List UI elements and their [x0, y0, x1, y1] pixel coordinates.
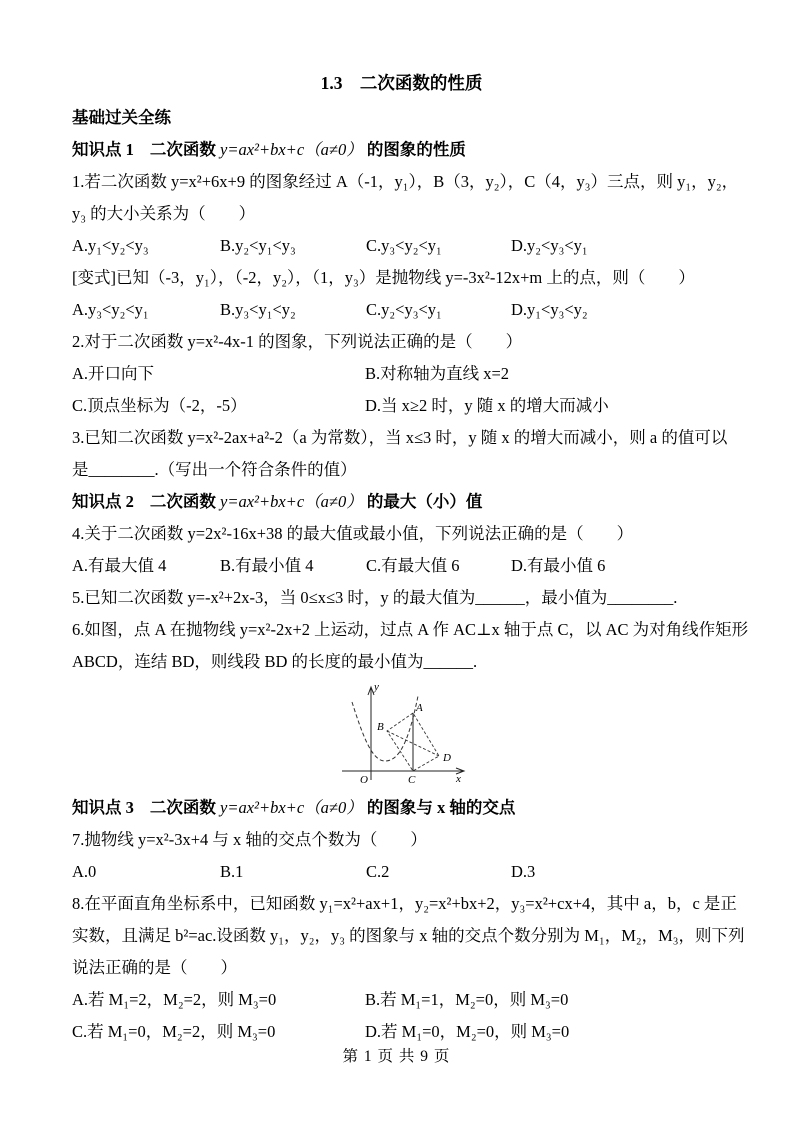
- problem-2-options-row-1: A.开口向下 B.对称轴为直线 x=2: [72, 358, 731, 390]
- problem-7-option-c: C.2: [366, 856, 511, 888]
- problem-8-options-row-1: A.若 M₁=2，M₂=2，则 M₃=0 B.若 M₁=1，M₂=0，则 M₃=…: [72, 984, 731, 1016]
- kp1-name-pre: 二次函数: [150, 140, 220, 159]
- parabola-curve: [352, 696, 418, 761]
- problem-7-line: 7.抛物线 y=x²-3x+4 与 x 轴的交点个数为（ ）: [72, 824, 731, 856]
- knowledge-point-1-heading: 知识点 1二次函数 y=ax²+bx+c（a≠0） 的图象的性质: [72, 134, 731, 166]
- figure-canvas: O x y A B C D: [328, 678, 478, 790]
- knowledge-point-2-heading: 知识点 2二次函数 y=ax²+bx+c（a≠0） 的最大（小）值: [72, 486, 731, 518]
- kp3-formula: y=ax²+bx+c（a≠0）: [220, 798, 363, 817]
- problem-1-line-1: 1.若二次函数 y=x²+6x+9 的图象经过 A（-1，y₁），B（3，y₂）…: [72, 166, 731, 198]
- kp2-name-pre: 二次函数: [150, 492, 220, 511]
- variant-option-b: B.y₃<y₁<y₂: [220, 294, 366, 326]
- x-axis-label: x: [455, 773, 461, 785]
- problem-1-option-a: A.y₁<y₂<y₃: [72, 230, 220, 262]
- problem-1-options: A.y₁<y₂<y₃ B.y₂<y₁<y₃ C.y₃<y₂<y₁ D.y₂<y₃…: [72, 230, 731, 262]
- problem-4-option-b: B.有最小值 4: [220, 550, 366, 582]
- kp2-formula: y=ax²+bx+c（a≠0）: [220, 492, 363, 511]
- point-c-label: C: [408, 774, 416, 786]
- point-b-label: B: [377, 721, 384, 733]
- variant-option-a: A.y₃<y₂<y₁: [72, 294, 220, 326]
- problem-1-option-b: B.y₂<y₁<y₃: [220, 230, 366, 262]
- point-d-label: D: [442, 752, 451, 764]
- problem-7-option-b: B.1: [220, 856, 366, 888]
- problem-1-option-d: D.y₂<y₃<y₁: [511, 230, 731, 262]
- kp1-formula: y=ax²+bx+c（a≠0）: [220, 140, 363, 159]
- problem-2-option-a: A.开口向下: [72, 358, 365, 390]
- problem-7-option-a: A.0: [72, 856, 220, 888]
- problem-2-line: 2.对于二次函数 y=x²-4x-1 的图象，下列说法正确的是（ ）: [72, 326, 731, 358]
- problem-4-options: A.有最大值 4 B.有最小值 4 C.有最大值 6 D.有最小值 6: [72, 550, 731, 582]
- problem-8-line-2: 实数，且满足 b²=ac.设函数 y₁，y₂，y₃ 的图象与 x 轴的交点个数分…: [72, 920, 731, 952]
- problem-1-line-2: y₃ 的大小关系为（ ）: [72, 198, 731, 230]
- problem-1-variant-line: [变式]已知（-3，y₁），（-2，y₂），（1，y₃）是抛物线 y=-3x²-…: [72, 262, 731, 294]
- kp2-label: 知识点 2: [72, 492, 134, 511]
- problem-3-line-1: 3.已知二次函数 y=x²-2ax+a²-2（a 为常数），当 x≤3 时，y …: [72, 422, 731, 454]
- problem-7-options: A.0 B.1 C.2 D.3: [72, 856, 731, 888]
- variant-option-c: C.y₂<y₃<y₁: [366, 294, 511, 326]
- kp1-label: 知识点 1: [72, 140, 134, 159]
- problem-2-option-c: C.顶点坐标为（-2，-5）: [72, 390, 365, 422]
- problem-2-option-b: B.对称轴为直线 x=2: [365, 358, 731, 390]
- kp3-name-pre: 二次函数: [150, 798, 220, 817]
- page-title: 1.3 二次函数的性质: [72, 70, 731, 96]
- problem-4-line: 4.关于二次函数 y=2x²-16x+38 的最大值或最小值，下列说法正确的是（…: [72, 518, 731, 550]
- problem-3-line-2: 是________.（写出一个符合条件的值）: [72, 454, 731, 486]
- point-a-label: A: [415, 702, 423, 714]
- problem-6-line-1: 6.如图，点 A 在抛物线 y=x²-2x+2 上运动，过点 A 作 AC⊥x …: [72, 614, 731, 646]
- kp2-name-post: 的最大（小）值: [363, 492, 483, 511]
- section-header: 基础过关全练: [72, 102, 731, 134]
- problem-1-option-c: C.y₃<y₂<y₁: [366, 230, 511, 262]
- kp1-name-post: 的图象的性质: [363, 140, 466, 159]
- problem-8-option-a: A.若 M₁=2，M₂=2，则 M₃=0: [72, 984, 365, 1016]
- problem-8-option-b: B.若 M₁=1，M₂=0，则 M₃=0: [365, 984, 731, 1016]
- worksheet-page: 1.3 二次函数的性质 基础过关全练 知识点 1二次函数 y=ax²+bx+c（…: [0, 0, 793, 1122]
- y-axis-label: y: [373, 681, 379, 693]
- page-number-footer: 第 1 页 共 9 页: [0, 1044, 793, 1066]
- problem-1-variant-options: A.y₃<y₂<y₁ B.y₃<y₁<y₂ C.y₂<y₃<y₁ D.y₁<y₃…: [72, 294, 731, 326]
- problem-8-line-1: 8.在平面直角坐标系中，已知函数 y₁=x²+ax+1，y₂=x²+bx+2，y…: [72, 888, 731, 920]
- problem-4-option-c: C.有最大值 6: [366, 550, 511, 582]
- problem-6-figure: O x y A B C D: [72, 678, 731, 792]
- variant-option-d: D.y₁<y₃<y₂: [511, 294, 731, 326]
- problem-6-line-2: ABCD，连结 BD，则线段 BD 的长度的最小值为______.: [72, 646, 731, 678]
- problem-2-options-row-2: C.顶点坐标为（-2，-5） D.当 x≥2 时，y 随 x 的增大而减小: [72, 390, 731, 422]
- kp3-name-post: 的图象与 x 轴的交点: [363, 798, 516, 817]
- problem-2-option-d: D.当 x≥2 时，y 随 x 的增大而减小: [365, 390, 731, 422]
- origin-label: O: [360, 774, 368, 786]
- kp3-label: 知识点 3: [72, 798, 134, 817]
- problem-4-option-a: A.有最大值 4: [72, 550, 220, 582]
- problem-5-line: 5.已知二次函数 y=-x²+2x-3，当 0≤x≤3 时，y 的最大值为___…: [72, 582, 731, 614]
- problem-4-option-d: D.有最小值 6: [511, 550, 731, 582]
- problem-7-option-d: D.3: [511, 856, 731, 888]
- knowledge-point-3-heading: 知识点 3二次函数 y=ax²+bx+c（a≠0） 的图象与 x 轴的交点: [72, 792, 731, 824]
- problem-8-line-3: 说法正确的是（ ）: [72, 952, 731, 984]
- page-content: 1.3 二次函数的性质 基础过关全练 知识点 1二次函数 y=ax²+bx+c（…: [0, 0, 793, 1048]
